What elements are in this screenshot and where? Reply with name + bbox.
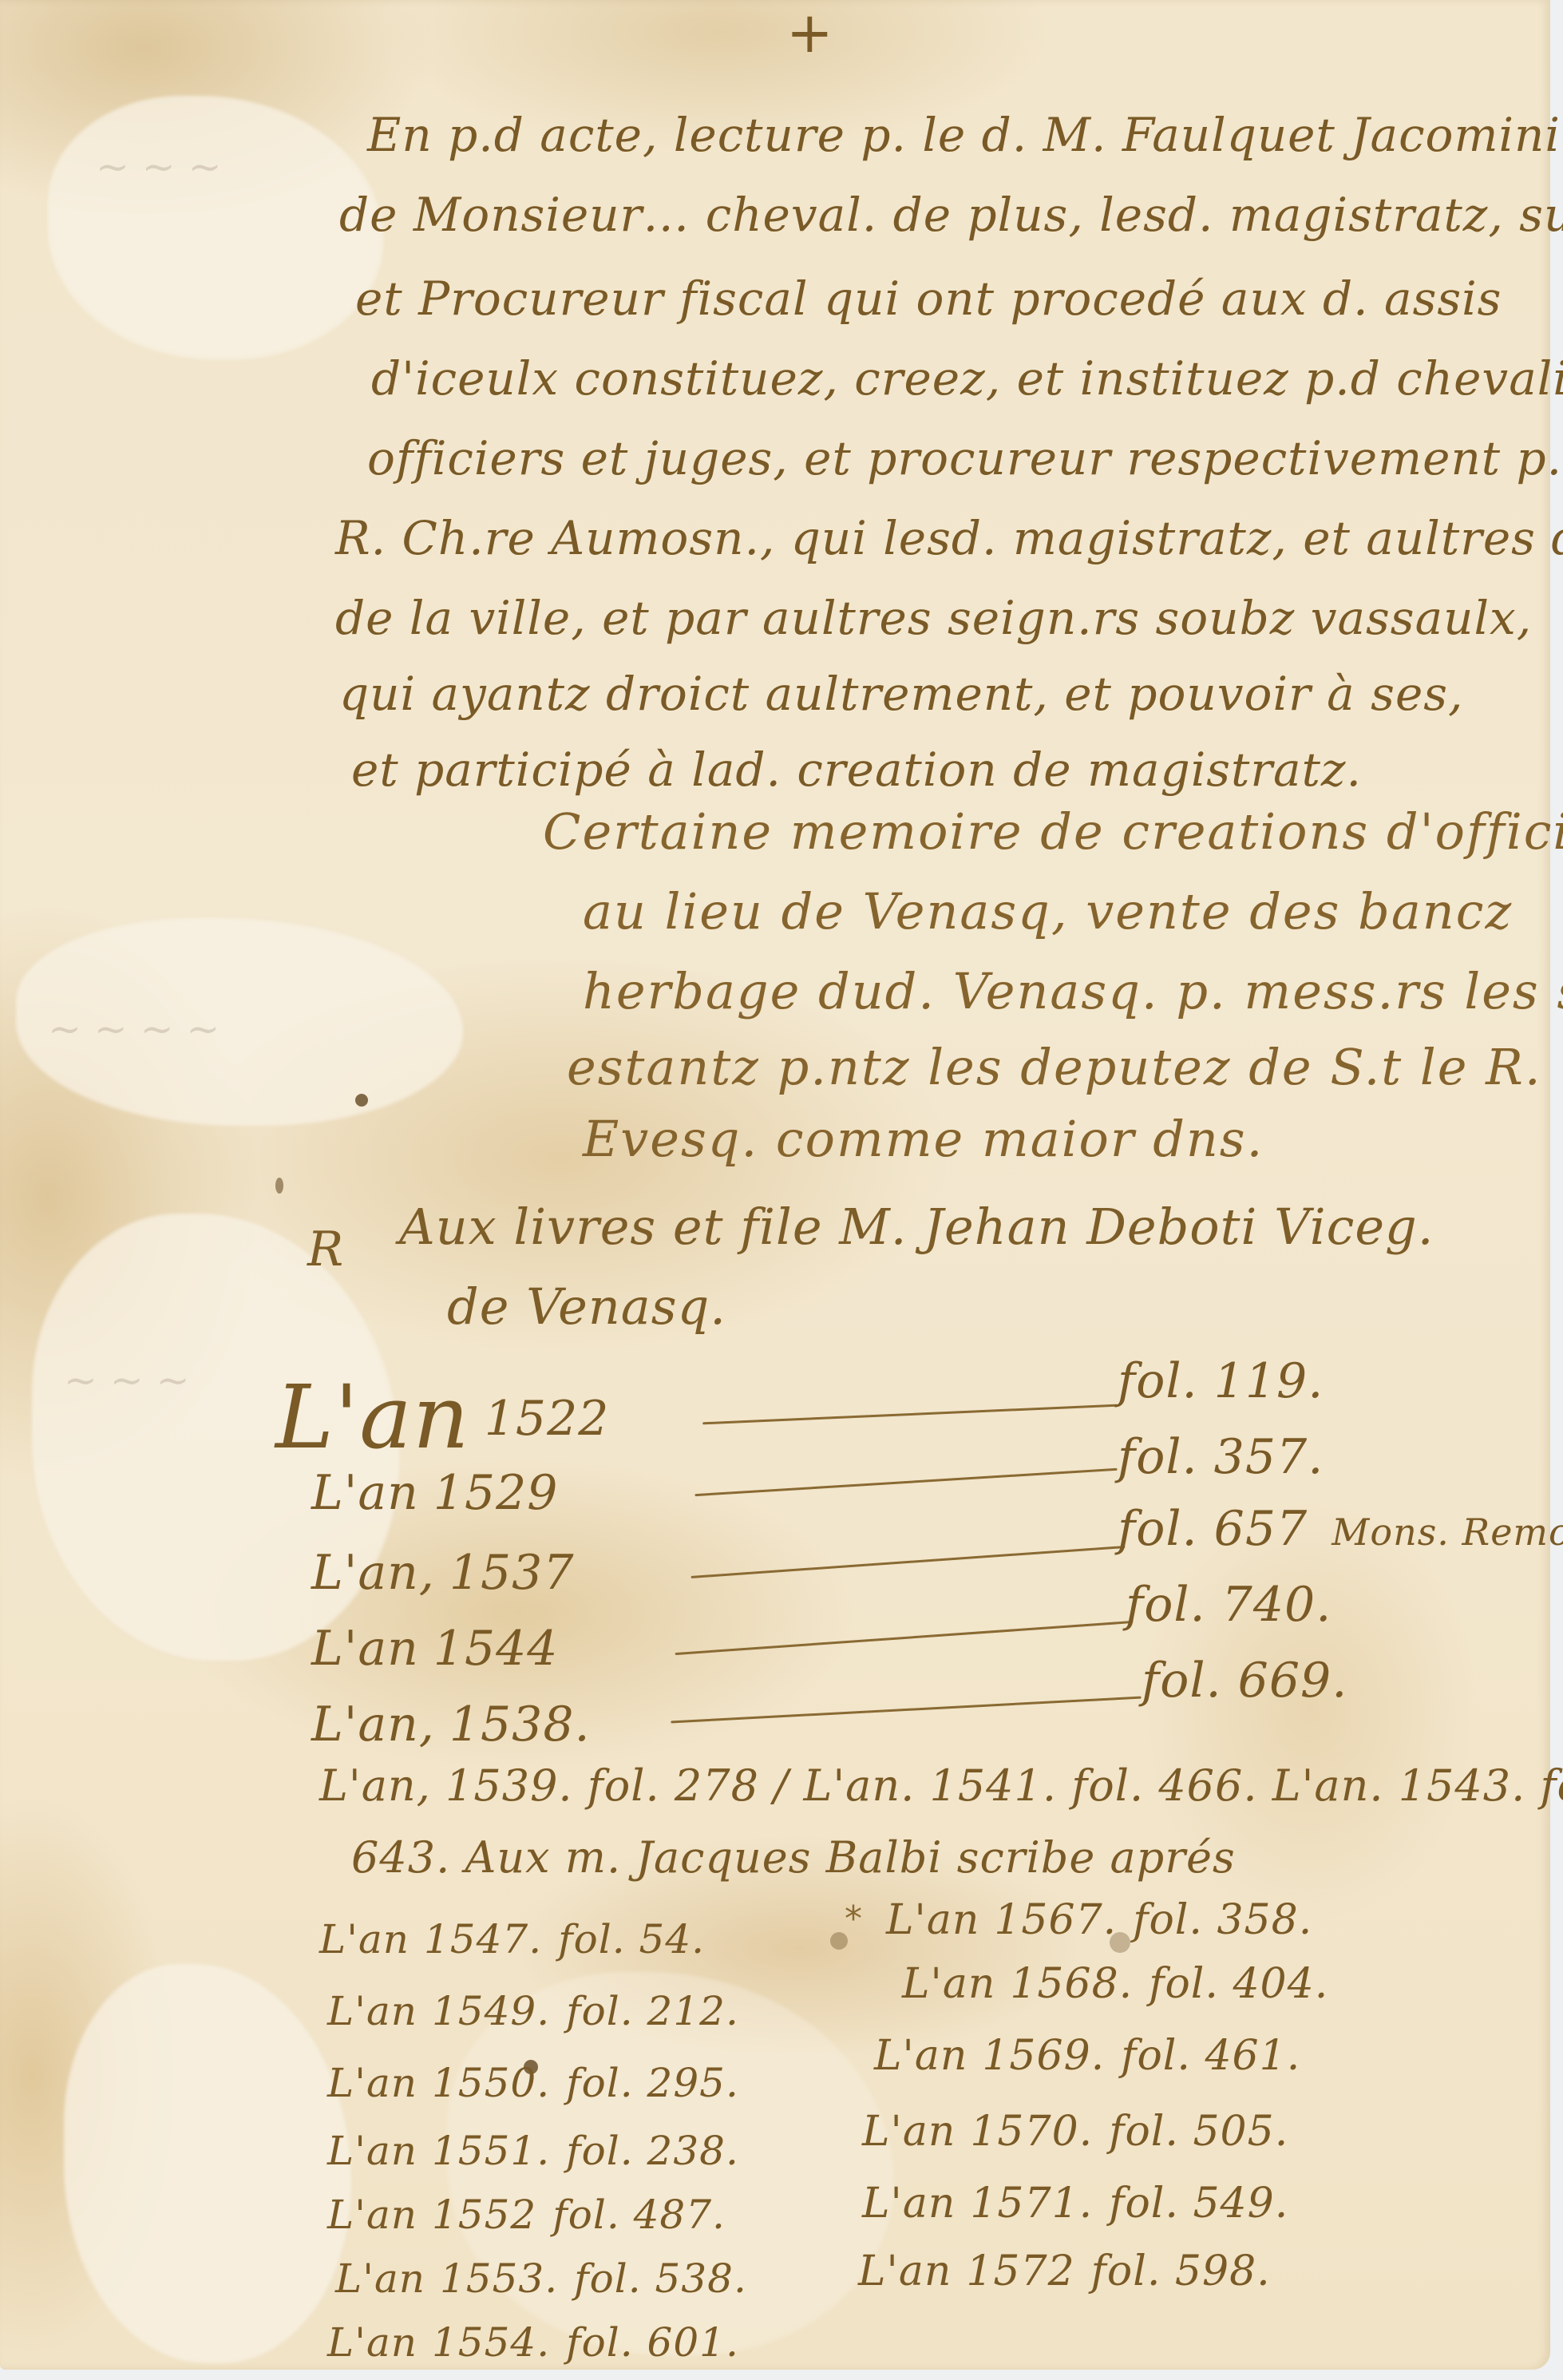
manuscript-page: ~ ~ ~ ~ ~ ~ ~ ~ ~ ~ + En p.d acte, lectu… — [0, 0, 1550, 2370]
folio-number: 54. — [639, 1916, 706, 1962]
entry-prefix: L'an — [327, 1988, 417, 2034]
register-entry-folio: fol. 657 Mons. Remondi — [1118, 1501, 1563, 1557]
folio-number: 358. — [1217, 1896, 1312, 1944]
ink-blot — [275, 1178, 283, 1194]
folio-number: 601. — [647, 2319, 739, 2366]
folio-label: fol. — [1118, 1429, 1198, 1485]
memoire-heading-line: herbage dud. Venasq. p. mess.rs les seig… — [583, 962, 1563, 1020]
paragraph-line: officiers et juges, et procureur respect… — [367, 431, 1563, 485]
folio-number: 238. — [647, 2128, 739, 2174]
entry-prefix: L'an — [327, 2192, 417, 2238]
entry-year: 1538. — [449, 1697, 591, 1752]
folio-number: 598. — [1175, 2247, 1271, 2295]
register-entry: L'an1567.fol. 358. — [886, 1896, 1312, 1944]
entry-year: 1554. — [432, 2319, 550, 2366]
water-stain — [48, 96, 383, 359]
register-entry-folio: fol. 357. — [1118, 1429, 1324, 1485]
folio-label: fol. — [1118, 1353, 1198, 1409]
entry-year: 1567. — [994, 1896, 1117, 1944]
leader-line — [671, 1697, 1141, 1724]
leader-line — [702, 1404, 1118, 1425]
folio-label: fol. — [566, 1988, 634, 2034]
folio-label: fol. — [1133, 1896, 1203, 1944]
entry-year: 1570. — [970, 2108, 1093, 2156]
entry-year: 1547. — [424, 1916, 542, 1962]
entry-prefix: L'an — [319, 1916, 410, 1962]
entry-year: 1572 — [966, 2247, 1074, 2295]
entry-prefix: L'an — [327, 2319, 417, 2366]
folio-label: fol. — [1149, 1960, 1219, 2008]
folio-label: fol. — [566, 2128, 634, 2174]
cross-mark-icon: + — [786, 0, 833, 65]
paragraph-line: qui ayantz droict aultrement, et pouvoir… — [339, 667, 1463, 721]
entry-prefix: L'an — [858, 2247, 952, 2295]
folio-annotation: Mons. Remondi — [1332, 1511, 1563, 1554]
bleed-through-text: ~ ~ ~ — [64, 1357, 189, 1404]
entry-prefix: L'an — [327, 2060, 417, 2106]
folio-number: 119. — [1214, 1353, 1324, 1409]
register-entry: L'an1553.fol. 538. — [335, 2255, 747, 2302]
register-entry: L'an1554.fol. 601. — [327, 2319, 739, 2366]
entry-year: 1568. — [1010, 1960, 1133, 2008]
entry-prefix: L'an — [335, 2255, 425, 2302]
folio-number: 740. — [1222, 1577, 1332, 1633]
margin-glyph: R — [307, 1222, 344, 1277]
register-entry: L'an1569.fol. 461. — [874, 2032, 1300, 2080]
register-entry: L'an,1537 — [311, 1545, 575, 1601]
register-entry: L'an1522 — [275, 1373, 609, 1461]
folio-label: fol. — [1118, 1501, 1198, 1557]
paragraph-line: de Monsieur… cheval. de plus, lesd. magi… — [339, 188, 1563, 242]
folio-label: fol. — [1121, 2032, 1191, 2080]
folio-label: fol. — [566, 2060, 634, 2106]
folio-label: fol. — [1109, 2108, 1179, 2156]
leader-line — [691, 1546, 1126, 1578]
register-entry: L'an,1538. — [311, 1697, 591, 1752]
leader-line — [675, 1621, 1134, 1655]
aux-livres-line: de Venasq. — [447, 1277, 726, 1336]
aux-livres-line: Aux livres et file M. Jehan Deboti Viceg… — [399, 1198, 1434, 1256]
memoire-heading-line: Certaine memoire de creations d'officier… — [543, 802, 1563, 861]
register-entry: L'an1550.fol. 295. — [327, 2060, 739, 2106]
entry-year: 1550. — [432, 2060, 550, 2106]
folio-label: fol. — [1109, 2180, 1179, 2228]
entry-year: 1544 — [433, 1621, 559, 1677]
entry-year: 1571. — [970, 2180, 1093, 2228]
entry-year: 1551. — [432, 2128, 550, 2174]
memoire-heading-line: Evesq. comme maior dns. — [583, 1110, 1264, 1168]
folio-number: 461. — [1205, 2032, 1300, 2080]
bleed-through-text: ~ ~ ~ ~ — [48, 1006, 220, 1052]
paragraph-line: d'iceulx constituez, creez, et instituez… — [371, 351, 1563, 406]
bleed-through-text: ~ ~ ~ — [96, 144, 221, 190]
inline-entries-line: L'an, 1539. fol. 278 / L'an. 1541. fol. … — [319, 1760, 1563, 1811]
asterisk-marker-icon: * — [845, 1899, 862, 1939]
entry-prefix: L'an — [311, 1621, 419, 1677]
entry-prefix: L'an — [275, 1366, 470, 1468]
register-entry: L'an1529 — [311, 1465, 558, 1521]
folio-label: fol. — [552, 2192, 620, 2238]
entry-year: 1522 — [485, 1391, 610, 1447]
entry-year: 1552 — [432, 2192, 536, 2238]
entry-prefix: L'an — [886, 1896, 979, 1944]
folio-number: 669. — [1238, 1653, 1348, 1709]
register-entry: L'an1571.fol. 549. — [862, 2180, 1288, 2228]
paragraph-line: de la ville, et par aultres seign.rs sou… — [335, 591, 1532, 645]
folio-number: 295. — [647, 2060, 739, 2106]
ink-blot — [355, 1094, 368, 1107]
entry-prefix: L'an — [862, 2180, 956, 2228]
folio-label: fol. — [558, 1916, 626, 1962]
entry-year: 1529 — [433, 1465, 559, 1521]
folio-number: 657 — [1214, 1501, 1308, 1557]
register-entry: L'an1568.fol. 404. — [902, 1960, 1328, 2008]
entry-year: 1549. — [432, 1988, 550, 2034]
register-entry: L'an1570.fol. 505. — [862, 2108, 1288, 2156]
inline-entries-line: 643. Aux m. Jacques Balbi scribe aprés — [351, 1832, 1236, 1883]
folio-label: fol. — [566, 2319, 634, 2366]
folio-number: 212. — [647, 1988, 739, 2034]
register-entry: L'an1551.fol. 238. — [327, 2128, 739, 2174]
folio-number: 404. — [1233, 1960, 1328, 2008]
folio-number: 357. — [1214, 1429, 1324, 1485]
leader-line — [694, 1468, 1117, 1496]
entry-year: 1553. — [440, 2255, 558, 2302]
folio-number: 538. — [655, 2255, 747, 2302]
folio-number: 549. — [1193, 2180, 1288, 2228]
register-entry-folio: fol. 740. — [1126, 1577, 1332, 1633]
entry-prefix: L'an — [311, 1465, 419, 1521]
register-entry: L'an1544 — [311, 1621, 558, 1677]
folio-label: fol. — [574, 2255, 642, 2302]
paragraph-line: En p.d acte, lecture p. le d. M. Faulque… — [367, 108, 1561, 162]
folio-label: fol. — [1142, 1653, 1222, 1709]
folio-label: fol. — [1091, 2247, 1161, 2295]
register-entry: L'an1547.fol. 54. — [319, 1916, 705, 1962]
water-stain — [64, 1964, 351, 2363]
register-entry-folio: fol. 119. — [1118, 1353, 1324, 1409]
folio-label: fol. — [1126, 1577, 1206, 1633]
entry-prefix: L'an — [327, 2128, 417, 2174]
folio-number: 505. — [1193, 2108, 1288, 2156]
memoire-heading-line: estantz p.ntz les deputez de S.t le R. — [567, 1038, 1542, 1096]
paragraph-line: et participé à lad. creation de magistra… — [351, 743, 1362, 797]
entry-year: 1569. — [982, 2032, 1105, 2080]
register-entry: L'an1572fol. 598. — [858, 2247, 1271, 2295]
entry-prefix: L'an, — [311, 1697, 435, 1752]
register-entry-folio: fol. 669. — [1142, 1653, 1347, 1709]
entry-prefix: L'an — [862, 2108, 956, 2156]
register-entry: L'an1552fol. 487. — [327, 2192, 726, 2238]
register-entry: L'an1549.fol. 212. — [327, 1988, 739, 2034]
paragraph-line: R. Ch.re Aumosn., qui lesd. magistratz, … — [335, 511, 1563, 565]
entry-prefix: L'an, — [311, 1545, 435, 1601]
entry-prefix: L'an — [874, 2032, 967, 2080]
entry-prefix: L'an — [902, 1960, 995, 2008]
folio-number: 487. — [634, 2192, 726, 2238]
entry-year: 1537 — [449, 1545, 575, 1601]
paragraph-line: et Procureur fiscal qui ont procedé aux … — [355, 271, 1502, 326]
memoire-heading-line: au lieu de Venasq, vente des bancz — [583, 882, 1513, 941]
